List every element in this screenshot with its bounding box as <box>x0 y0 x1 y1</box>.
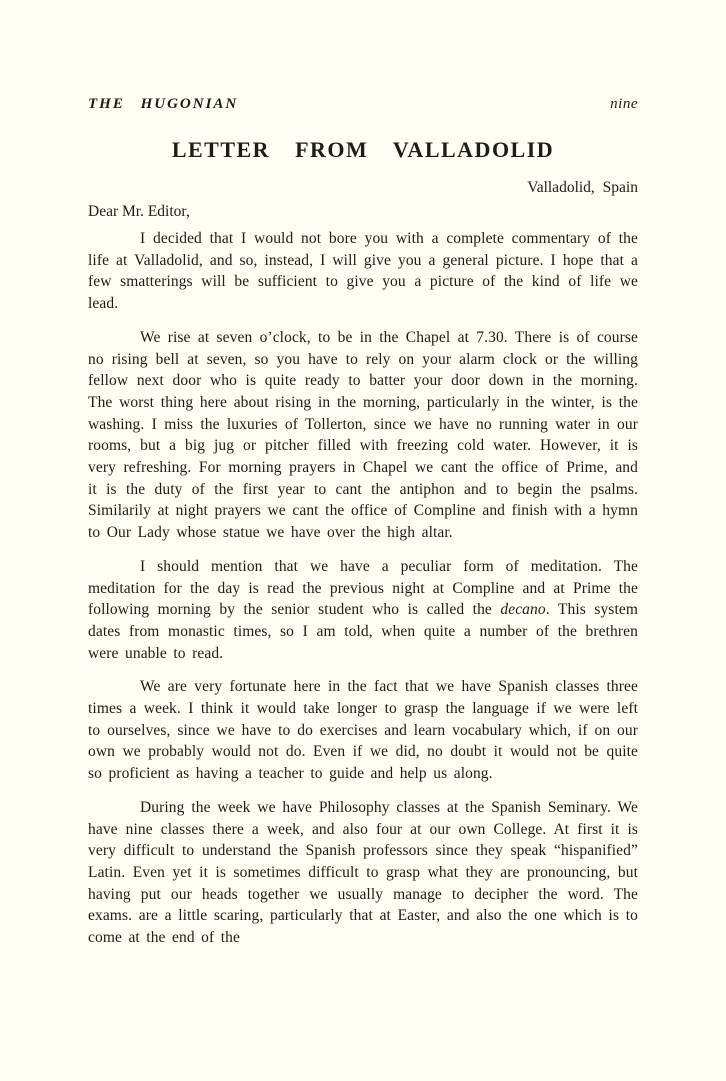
page-number: nine <box>610 96 638 113</box>
dateline: Valladolid, Spain <box>88 177 638 199</box>
magazine-page: THE HUGONIAN nine LETTER FROM VALLADOLID… <box>0 0 726 1081</box>
paragraph-daily-rising: We rise at seven o’clock, to be in the C… <box>88 327 638 544</box>
paragraph-philosophy-classes: During the week we have Philosophy class… <box>88 797 638 949</box>
article-title: LETTER FROM VALLADOLID <box>88 135 638 165</box>
journal-title: THE HUGONIAN <box>88 96 238 113</box>
paragraph-introduction: I decided that I would not bore you with… <box>88 228 638 315</box>
letter-body: I decided that I would not bore you with… <box>88 228 638 949</box>
salutation: Dear Mr. Editor, <box>88 201 638 223</box>
running-head: THE HUGONIAN nine <box>88 96 638 113</box>
paragraph-meditation: I should mention that we have a peculiar… <box>88 556 638 665</box>
paragraph-spanish-classes: We are very fortunate here in the fact t… <box>88 676 638 785</box>
italic-term-decano: decano <box>500 601 545 618</box>
